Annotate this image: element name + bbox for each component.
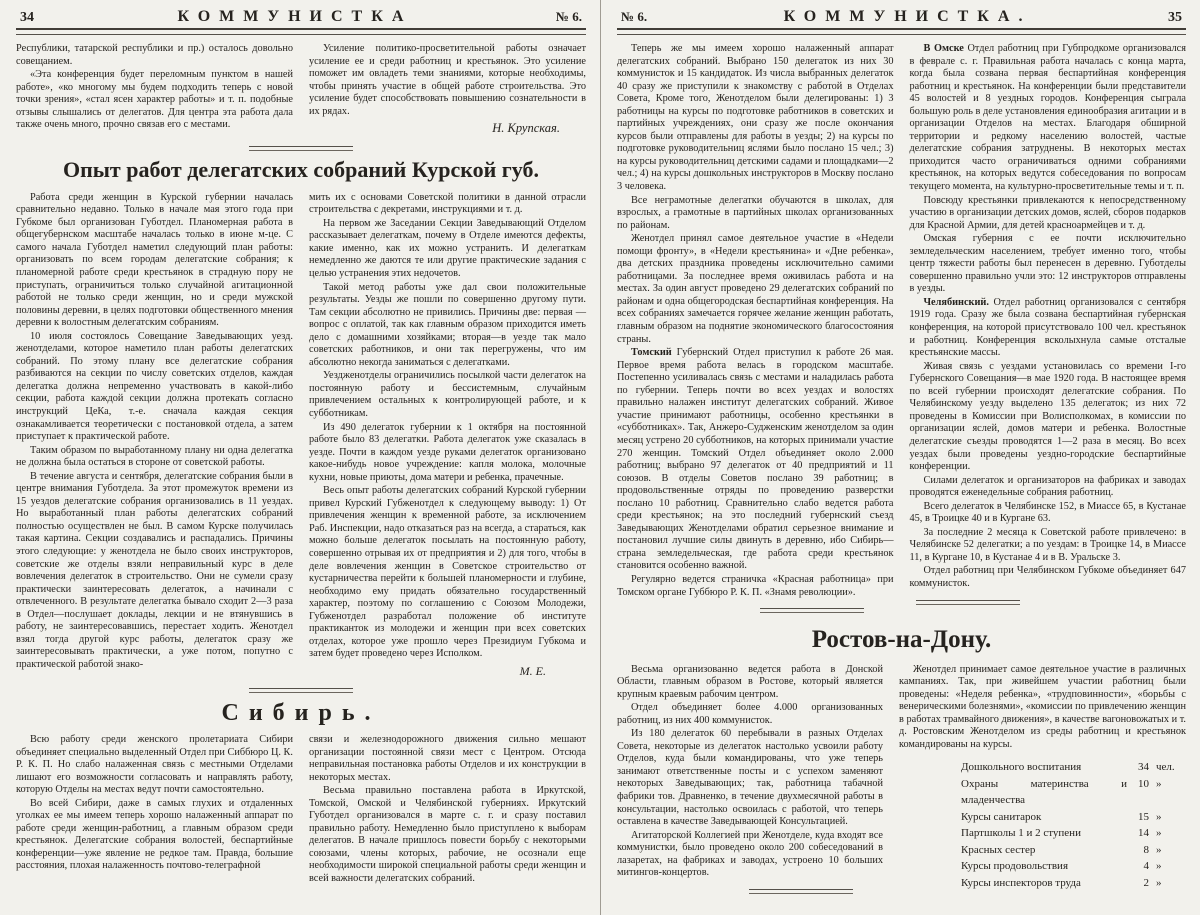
section-divider	[249, 688, 353, 693]
paragraph: Республики, татарской республики и пр.) …	[16, 43, 293, 68]
paragraph: Регулярно ведется страничка «Красная раб…	[617, 574, 894, 599]
rostov-column-2: Женотдел принимает самое деятельное учас…	[899, 664, 1186, 901]
paragraph: Женотдел принял самое деятельное участие…	[617, 233, 894, 346]
course-value: 15	[1127, 809, 1149, 826]
course-value: 4	[1127, 858, 1149, 875]
paragraph-text: Губернский Отдел приступил к работе 26 м…	[617, 347, 894, 571]
paragraph: Отдел объединяет более 4.000 организован…	[617, 702, 883, 727]
course-unit: »	[1149, 858, 1186, 875]
paragraph: Во всей Сибири, даже в самых глухих и от…	[16, 798, 293, 873]
issue-number: № 6.	[556, 9, 582, 25]
siberia-cont-column-2: В Омске Отдел работниц при Губпродкоме о…	[910, 43, 1187, 620]
paragraph: Всего делегаток в Челябинске 152, в Миас…	[910, 501, 1187, 526]
course-row: Курсы продовольствия 4 »	[961, 858, 1186, 875]
issue-number: № 6.	[621, 9, 647, 25]
course-name: Дошкольного воспитания	[961, 759, 1127, 776]
paragraph: Женотдел принимает самое деятельное учас…	[899, 664, 1186, 752]
journal-title: КОММУНИСТКА.	[784, 8, 1032, 26]
siberia-column-1: Всю работу среди женского пролетариата С…	[16, 734, 293, 887]
column-end-divider	[760, 608, 864, 613]
course-value: 2	[1127, 875, 1149, 892]
course-name: Курсы продовольствия	[961, 858, 1127, 875]
paragraph-lead: Томский	[631, 347, 672, 358]
paragraph: Повсюду крестьянки привлекаются к непоср…	[910, 195, 1187, 233]
article-title-kursk: Опыт работ делегатских собраний Курской …	[16, 158, 586, 182]
paragraph: Уездженотделы ограничились посылкой част…	[309, 370, 586, 420]
paragraph: Весьма организованно ведется работа в До…	[617, 664, 883, 702]
kursk-column-1: Работа среди женщин в Курской губернии н…	[16, 192, 293, 679]
rostov-article: Весьма организованно ведется работа в До…	[617, 664, 1186, 901]
paragraph: В течение августа и сентября, делегатски…	[16, 471, 293, 672]
course-name: Курсы инспекторов труда	[961, 875, 1127, 892]
course-row: Курсы инспекторов труда 2 »	[961, 875, 1186, 892]
siberia-continued: Теперь же мы имеем хорошо налаженный апп…	[617, 43, 1186, 620]
paragraph: Усиление политико-просветительной работы…	[309, 43, 586, 118]
paragraph: Такой метод работы уже дал свои положите…	[309, 282, 586, 370]
page-number: 34	[20, 10, 34, 26]
paragraph: Живая связь с уездами установилась со вр…	[910, 361, 1187, 474]
paragraph: За последние 2 месяца к Советской работе…	[910, 527, 1187, 565]
paragraph: Весь опыт работы делегатских собраний Ку…	[309, 485, 586, 661]
paragraph: связи и железнодорожного движения сильно…	[309, 734, 586, 784]
kursk-column-2: мить их с основами Советской политики в …	[309, 192, 586, 679]
paragraph: Агитаторской Коллегией при Женотделе, ку…	[617, 830, 883, 880]
course-value: 10	[1127, 776, 1149, 809]
course-name: Партшколы 1 и 2 ступени	[961, 825, 1127, 842]
paragraph: мить их с основами Советской политики в …	[309, 192, 586, 217]
page-34: 34 КОММУНИСТКА № 6. Республики, татарско…	[0, 0, 600, 915]
course-value: 8	[1127, 842, 1149, 859]
course-unit: »	[1149, 875, 1186, 892]
paragraph: Из 180 делегаток 60 перебывали в разных …	[617, 728, 883, 828]
column-end-divider	[916, 600, 1020, 605]
paragraph: Челябинский. Отдел работниц организовалс…	[910, 297, 1187, 360]
journal-spread: 34 КОММУНИСТКА № 6. Республики, татарско…	[0, 0, 1200, 915]
siberia-column-2: связи и железнодорожного движения сильно…	[309, 734, 586, 887]
page-number: 35	[1168, 10, 1182, 26]
paragraph: Работа среди женщин в Курской губернии н…	[16, 192, 293, 330]
intro-column-2: Усиление политико-просветительной работы…	[309, 43, 586, 137]
course-unit: »	[1149, 776, 1186, 809]
course-value: 14	[1127, 825, 1149, 842]
page-header-left: 34 КОММУНИСТКА № 6.	[16, 8, 586, 26]
paragraph: 10 июля состоялось Совещание Заведывающи…	[16, 331, 293, 444]
intro-section: Республики, татарской республики и пр.) …	[16, 43, 586, 137]
course-row: Красных сестер 8 »	[961, 842, 1186, 859]
course-unit: »	[1149, 825, 1186, 842]
paragraph: В Омске Отдел работниц при Губпродкоме о…	[910, 43, 1187, 194]
course-name: Охраны материнства и младенчества	[961, 776, 1127, 809]
siberia-article: Всю работу среди женского пролетариата С…	[16, 734, 586, 887]
intro-column-1: Республики, татарской республики и пр.) …	[16, 43, 293, 137]
paragraph: Омская губерния с ее почти исключительно…	[910, 233, 1187, 296]
author-signature: М. Е.	[309, 664, 586, 679]
paragraph: Таким образом по выработанному плану ни …	[16, 445, 293, 470]
paragraph: Силами делегаток и организаторов на фабр…	[910, 475, 1187, 500]
header-rule	[16, 28, 586, 35]
paragraph-text: Отдел работниц при Губпродкоме организов…	[910, 43, 1187, 192]
author-signature: Н. Крупская.	[309, 121, 586, 136]
course-name: Курсы санитарок	[961, 809, 1127, 826]
course-row: Курсы санитарок 15 »	[961, 809, 1186, 826]
paragraph: На первом же Заседании Секции Заведывающ…	[309, 218, 586, 281]
course-unit: чел.	[1149, 759, 1186, 776]
header-rule	[617, 28, 1186, 35]
column-end-divider	[749, 889, 853, 894]
paragraph: Из 490 делегаток губернии к 1 октября на…	[309, 422, 586, 485]
paragraph: Отдел работниц при Челябинском Губкоме о…	[910, 565, 1187, 590]
paragraph-lead: Челябинский.	[924, 297, 989, 308]
course-row: Охраны материнства и младенчества 10 »	[961, 776, 1186, 809]
course-value: 34	[1127, 759, 1149, 776]
paragraph: Все неграмотные делегатки обучаются в шк…	[617, 195, 894, 233]
courses-table: Дошкольного воспитания 34 чел. Охраны ма…	[961, 759, 1186, 891]
paragraph: Теперь же мы имеем хорошо налаженный апп…	[617, 43, 894, 194]
section-divider	[249, 146, 353, 151]
course-row: Дошкольного воспитания 34 чел.	[961, 759, 1186, 776]
article-title-siberia: Сибирь.	[16, 700, 586, 726]
paragraph-lead: В Омске	[924, 43, 964, 54]
rostov-column-1: Весьма организованно ведется работа в До…	[617, 664, 883, 901]
kursk-article: Работа среди женщин в Курской губернии н…	[16, 192, 586, 679]
paragraph: Томский Губернский Отдел приступил к раб…	[617, 347, 894, 573]
journal-title: КОММУНИСТКА	[178, 8, 413, 26]
paragraph: Всю работу среди женского пролетариата С…	[16, 734, 293, 797]
course-unit: »	[1149, 842, 1186, 859]
paragraph: Весьма правильно поставлена работа в Ирк…	[309, 785, 586, 885]
course-name: Красных сестер	[961, 842, 1127, 859]
page-header-right: № 6. КОММУНИСТКА. 35	[617, 8, 1186, 26]
paragraph: «Эта конференция будет переломным пункто…	[16, 69, 293, 132]
siberia-cont-column-1: Теперь же мы имеем хорошо налаженный апп…	[617, 43, 894, 620]
page-35: № 6. КОММУНИСТКА. 35 Теперь же мы имеем …	[600, 0, 1200, 915]
course-unit: »	[1149, 809, 1186, 826]
course-row: Партшколы 1 и 2 ступени 14 »	[961, 825, 1186, 842]
article-title-rostov: Ростов-на-Дону.	[617, 626, 1186, 654]
